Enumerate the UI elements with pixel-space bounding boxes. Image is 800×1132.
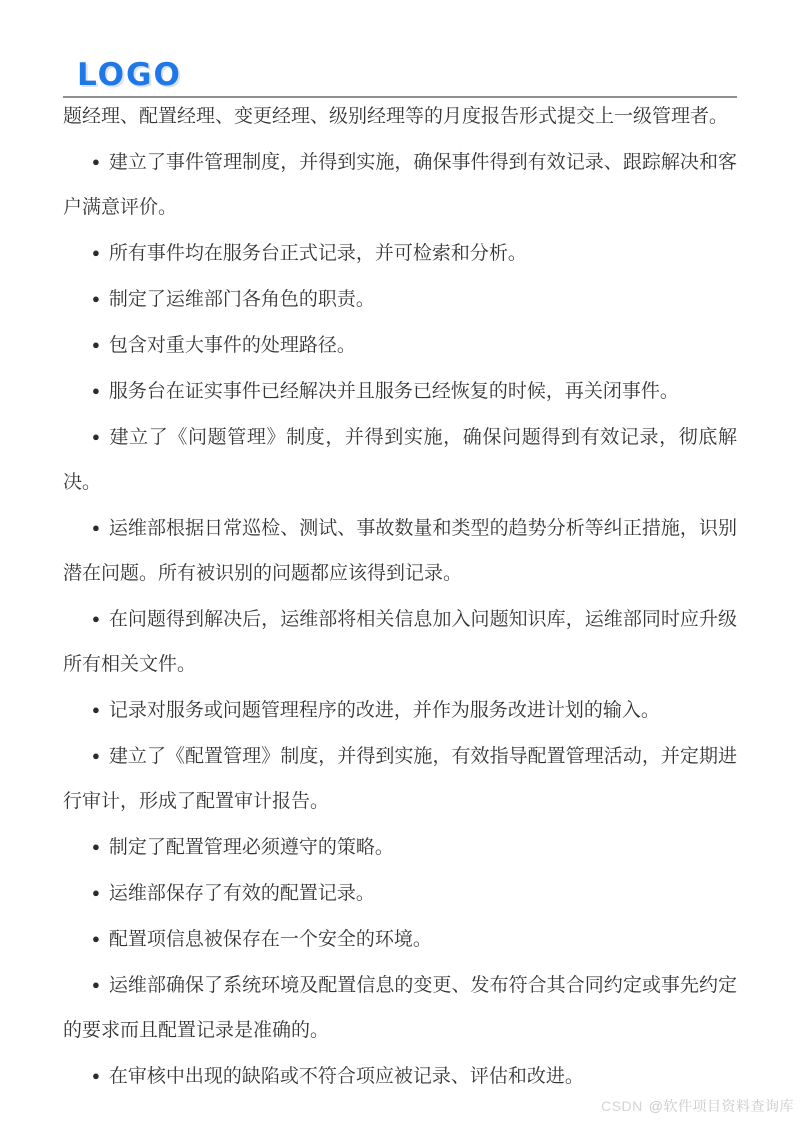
bullet-dot-icon: ● — [92, 748, 100, 763]
bullet-dot-icon: ● — [92, 291, 100, 306]
bullet-text: 包含对重大事件的处理路径。 — [109, 335, 356, 356]
bullet-text: 建立了《问题管理》制度，并得到实施，确保问题得到有效记录，彻底解决。 — [63, 427, 737, 493]
watermark-text: @软件项目资料查询库 — [649, 1098, 794, 1114]
bullet-dot-icon: ● — [92, 429, 100, 444]
bullet-text: 在问题得到解决后，运维部将相关信息加入问题知识库，运维部同时应升级所有相关文件。 — [63, 609, 737, 675]
bullet-item: ●建立了事件管理制度，并得到实施，确保事件得到有效记录、跟踪解决和客户满意评价。 — [63, 139, 737, 230]
bullet-text: 运维部保存了有效的配置记录。 — [109, 883, 375, 904]
bullet-dot-icon: ● — [92, 337, 100, 352]
bullet-item: ●制定了运维部门各角色的职责。 — [63, 276, 737, 322]
bullet-text: 制定了配置管理必须遵守的策略。 — [109, 837, 394, 858]
bullet-dot-icon: ● — [92, 931, 100, 946]
bullet-text: 所有事件均在服务台正式记录，并可检索和分析。 — [109, 243, 527, 264]
intro-paragraph: 题经理、配置经理、变更经理、级别经理等的月度报告形式提交上一级管理者。 — [63, 94, 737, 139]
bullet-item: ●运维部保存了有效的配置记录。 — [63, 870, 737, 916]
bullet-text: 记录对服务或问题管理程序的改进，并作为服务改进计划的输入。 — [109, 700, 660, 721]
bullet-item: ●在审核中出现的缺陷或不符合项应被记录、评估和改进。 — [63, 1053, 737, 1099]
document-body: 题经理、配置经理、变更经理、级别经理等的月度报告形式提交上一级管理者。 ●建立了… — [0, 94, 800, 1099]
bullet-dot-icon: ● — [92, 839, 100, 854]
bullet-item: ●配置项信息被保存在一个安全的环境。 — [63, 916, 737, 962]
bullet-dot-icon: ● — [92, 611, 100, 626]
bullet-item: ●包含对重大事件的处理路径。 — [63, 322, 737, 368]
document-page: LOGO 题经理、配置经理、变更经理、级别经理等的月度报告形式提交上一级管理者。… — [0, 0, 800, 1132]
bullet-item: ●运维部确保了系统环境及配置信息的变更、发布符合其合同约定或事先约定的要求而且配… — [63, 962, 737, 1053]
bullet-text: 配置项信息被保存在一个安全的环境。 — [109, 929, 432, 950]
bullet-text: 运维部根据日常巡检、测试、事故数量和类型的趋势分析等纠正措施，识别潜在问题。所有… — [63, 518, 737, 584]
bullet-item: ●运维部根据日常巡检、测试、事故数量和类型的趋势分析等纠正措施，识别潜在问题。所… — [63, 505, 737, 596]
page-header: LOGO — [0, 0, 800, 98]
bullet-dot-icon: ● — [92, 885, 100, 900]
bullet-item: ●所有事件均在服务台正式记录，并可检索和分析。 — [63, 230, 737, 276]
bullet-text: 建立了《配置管理》制度，并得到实施，有效指导配置管理活动，并定期进行审计，形成了… — [63, 746, 737, 812]
bullet-dot-icon: ● — [92, 383, 100, 398]
bullet-text: 制定了运维部门各角色的职责。 — [109, 289, 375, 310]
watermark-brand: CSDN — [601, 1098, 643, 1114]
bullet-item: ●制定了配置管理必须遵守的策略。 — [63, 824, 737, 870]
logo: LOGO — [63, 58, 737, 92]
watermark: CSDN@软件项目资料查询库 — [601, 1096, 794, 1116]
bullet-text: 建立了事件管理制度，并得到实施，确保事件得到有效记录、跟踪解决和客户满意评价。 — [63, 152, 737, 218]
bullet-text: 服务台在证实事件已经解决并且服务已经恢复的时候，再关闭事件。 — [109, 381, 679, 402]
bullet-item: ●记录对服务或问题管理程序的改进，并作为服务改进计划的输入。 — [63, 687, 737, 733]
bullet-text: 运维部确保了系统环境及配置信息的变更、发布符合其合同约定或事先约定的要求而且配置… — [63, 975, 737, 1041]
bullet-dot-icon: ● — [92, 154, 100, 169]
bullet-text: 在审核中出现的缺陷或不符合项应被记录、评估和改进。 — [109, 1066, 584, 1087]
bullet-item: ●在问题得到解决后，运维部将相关信息加入问题知识库，运维部同时应升级所有相关文件… — [63, 596, 737, 687]
bullet-item: ●建立了《问题管理》制度，并得到实施，确保问题得到有效记录，彻底解决。 — [63, 414, 737, 505]
bullet-dot-icon: ● — [92, 520, 100, 535]
bullet-item: ●建立了《配置管理》制度，并得到实施，有效指导配置管理活动，并定期进行审计，形成… — [63, 733, 737, 824]
bullet-dot-icon: ● — [92, 977, 100, 992]
bullet-dot-icon: ● — [92, 702, 100, 717]
bullet-dot-icon: ● — [92, 245, 100, 260]
bullet-dot-icon: ● — [92, 1068, 100, 1083]
bullet-item: ●服务台在证实事件已经解决并且服务已经恢复的时候，再关闭事件。 — [63, 368, 737, 414]
